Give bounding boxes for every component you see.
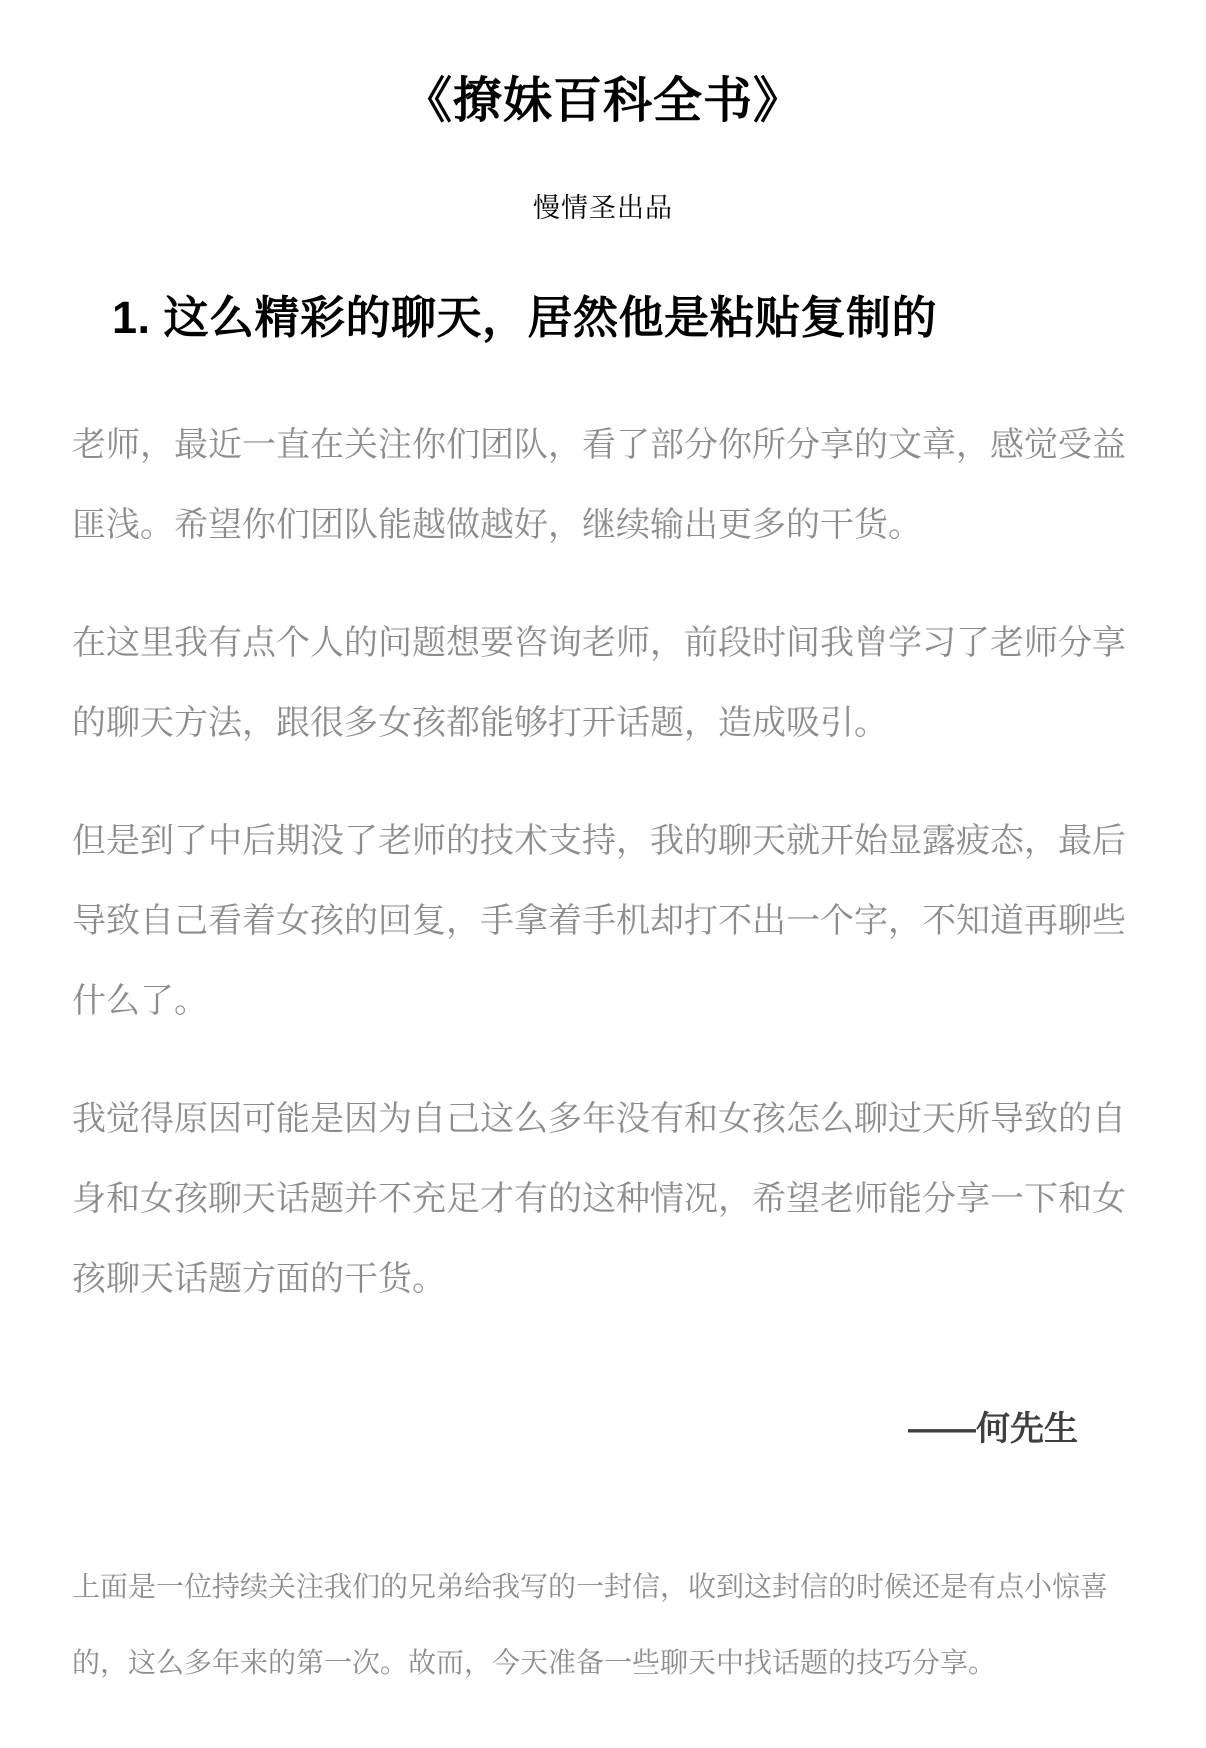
closing-paragraph: 上面是一位持续关注我们的兄弟给我写的一封信，收到这封信的时候还是有点小惊喜的，这…	[72, 1549, 1134, 1701]
subtitle: 慢情圣出品	[72, 191, 1134, 226]
document-page: 《撩妹百科全书》 慢情圣出品 1. 这么精彩的聊天，居然他是粘贴复制的 老师，最…	[0, 0, 1206, 1748]
letter-signature: ——何先生	[72, 1389, 1134, 1469]
page-title: 《撩妹百科全书》	[72, 72, 1134, 131]
letter-paragraph: 但是到了中后期没了老师的技术支持，我的聊天就开始显露疲态，最后导致自己看着女孩的…	[72, 801, 1134, 1041]
letter-paragraph: 在这里我有点个人的问题想要咨询老师，前段时间我曾学习了老师分享的聊天方法，跟很多…	[72, 603, 1134, 763]
letter-paragraph: 老师，最近一直在关注你们团队，看了部分你所分享的文章，感觉受益匪浅。希望你们团队…	[72, 405, 1134, 565]
letter-paragraph: 我觉得原因可能是因为自己这么多年没有和女孩怎么聊过天所导致的自身和女孩聊天话题并…	[72, 1079, 1134, 1319]
section-heading: 1. 这么精彩的聊天，居然他是粘贴复制的	[72, 291, 1134, 345]
